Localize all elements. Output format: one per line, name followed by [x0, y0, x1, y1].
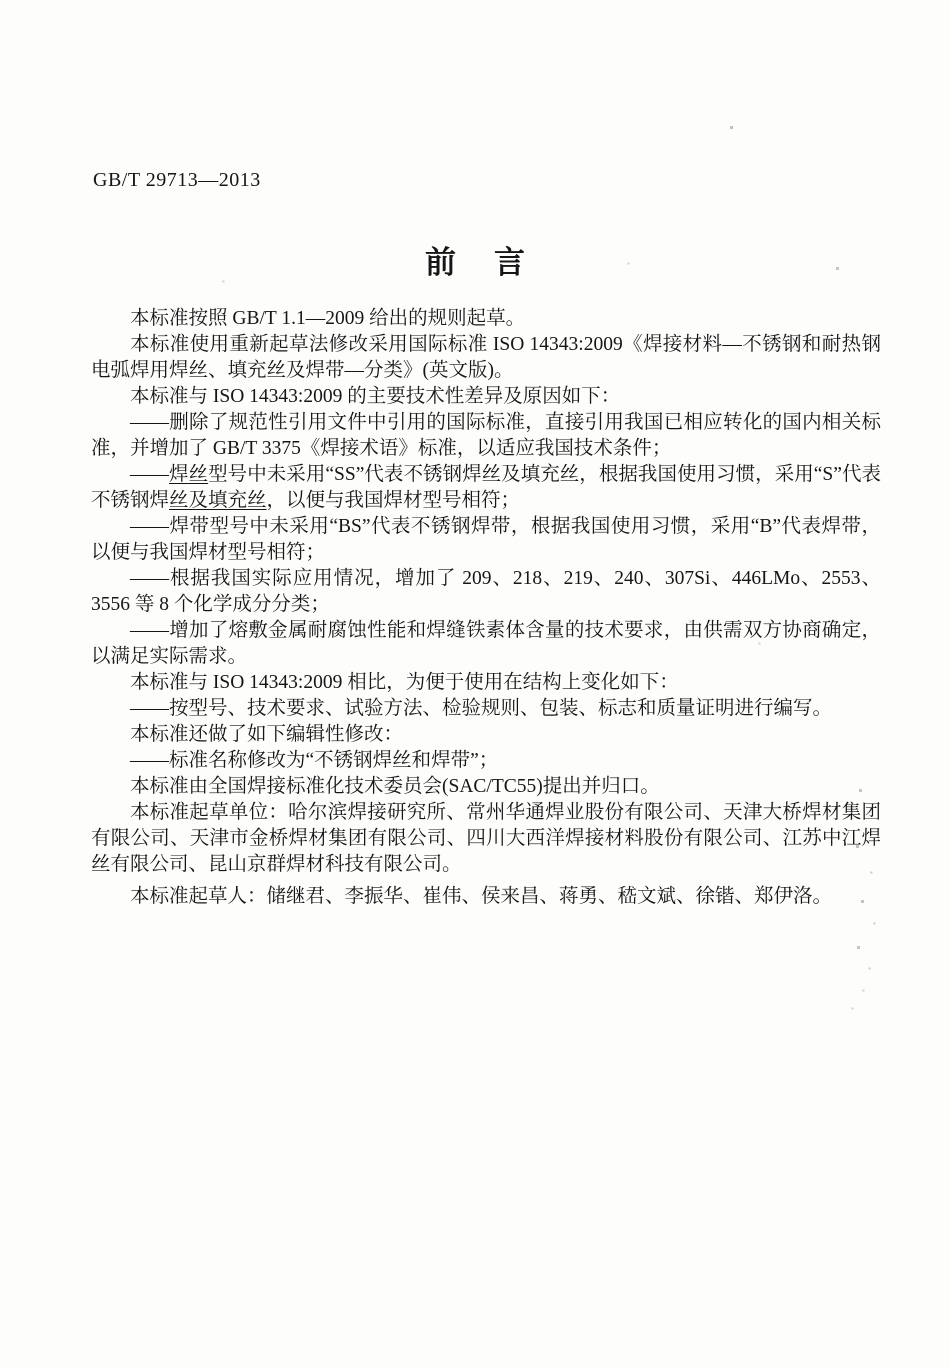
foreword-paragraph: 本标准按照 GB/T 1.1—2009 给出的规则起草。	[91, 306, 881, 332]
paragraph-text: 本标准按照 GB/T 1.1—2009 给出的规则起草。	[130, 308, 525, 329]
foreword-paragraph: 本标准还做了如下编辑性修改：	[91, 722, 881, 748]
paragraph-text: 本标准与 ISO 14343:2009 相比，为便于使用在结构上变化如下：	[130, 672, 679, 693]
underlined-text: 丝及填充丝	[169, 490, 267, 511]
paragraph-text: ——根据我国实际应用情况，增加了 209、218、219、240、307Si、4…	[91, 568, 881, 615]
foreword-paragraph: 本标准使用重新起草法修改采用国际标准 ISO 14343:2009《焊接材料—不…	[91, 332, 881, 384]
foreword-body: 本标准按照 GB/T 1.1—2009 给出的规则起草。本标准使用重新起草法修改…	[91, 306, 881, 910]
foreword-paragraph: ——焊带型号中未采用“BS”代表不锈钢焊带，根据我国使用习惯，采用“B”代表焊带…	[91, 514, 881, 566]
paragraph-text: 本标准与 ISO 14343:2009 的主要技术性差异及原因如下：	[130, 386, 620, 407]
paragraph-text: ，以便与我国焊材型号相符；	[267, 490, 521, 511]
foreword-paragraph: ——根据我国实际应用情况，增加了 209、218、219、240、307Si、4…	[91, 566, 881, 618]
paragraph-text: ——	[130, 464, 169, 485]
paragraph-text: 本标准起草单位：哈尔滨焊接研究所、常州华通焊业股份有限公司、天津大桥焊材集团有限…	[91, 802, 881, 875]
page-title-char-2: 言	[494, 246, 525, 280]
foreword-paragraph: ——按型号、技术要求、试验方法、检验规则、包装、标志和质量证明进行编写。	[91, 696, 881, 722]
foreword-paragraph: 本标准与 ISO 14343:2009 的主要技术性差异及原因如下：	[91, 384, 881, 410]
foreword-paragraph: 本标准起草单位：哈尔滨焊接研究所、常州华通焊业股份有限公司、天津大桥焊材集团有限…	[91, 800, 881, 878]
paragraph-text: ——增加了熔敷金属耐腐蚀性能和焊缝铁素体含量的技术要求，由供需双方协商确定，以满…	[91, 620, 881, 667]
paragraph-text: ——标准名称修改为“不锈钢焊丝和焊带”；	[130, 750, 498, 771]
foreword-paragraph: ——标准名称修改为“不锈钢焊丝和焊带”；	[91, 748, 881, 774]
foreword-paragraph: ——焊丝型号中未采用“SS”代表不锈钢焊丝及填充丝，根据我国使用习惯，采用“S”…	[91, 462, 881, 514]
paragraph-text: 本标准还做了如下编辑性修改：	[130, 724, 403, 745]
foreword-paragraph: ——增加了熔敷金属耐腐蚀性能和焊缝铁素体含量的技术要求，由供需双方协商确定，以满…	[91, 618, 881, 670]
foreword-paragraph: 本标准起草人：储继君、李振华、崔伟、侯来昌、蒋勇、嵇文斌、徐锴、郑伊洛。	[91, 884, 881, 910]
scan-noise	[0, 0, 1, 1]
paragraph-text: ——删除了规范性引用文件中引用的国际标准，直接引用我国已相应转化的国内相关标准，…	[91, 412, 881, 459]
foreword-paragraph: 本标准与 ISO 14343:2009 相比，为便于使用在结构上变化如下：	[91, 670, 881, 696]
paragraph-text: 本标准起草人：储继君、李振华、崔伟、侯来昌、蒋勇、嵇文斌、徐锴、郑伊洛。	[130, 886, 832, 907]
paragraph-text: 本标准由全国焊接标准化技术委员会(SAC/TC55)提出并归口。	[130, 776, 660, 797]
standard-number: GB/T 29713—2013	[93, 169, 261, 192]
paragraph-text: ——焊带型号中未采用“BS”代表不锈钢焊带，根据我国使用习惯，采用“B”代表焊带…	[91, 516, 881, 563]
paragraph-text: 本标准使用重新起草法修改采用国际标准 ISO 14343:2009《焊接材料—不…	[91, 334, 881, 381]
paragraph-text: ——按型号、技术要求、试验方法、检验规则、包装、标志和质量证明进行编写。	[130, 698, 832, 719]
foreword-paragraph: 本标准由全国焊接标准化技术委员会(SAC/TC55)提出并归口。	[91, 774, 881, 800]
document-page: GB/T 29713—2013 前 言 本标准按照 GB/T 1.1—2009 …	[0, 0, 950, 1368]
page-title: 前 言	[0, 246, 950, 280]
page-title-char-1: 前	[425, 246, 456, 280]
underlined-text: 焊丝	[169, 464, 208, 485]
foreword-paragraph: ——删除了规范性引用文件中引用的国际标准，直接引用我国已相应转化的国内相关标准，…	[91, 410, 881, 462]
